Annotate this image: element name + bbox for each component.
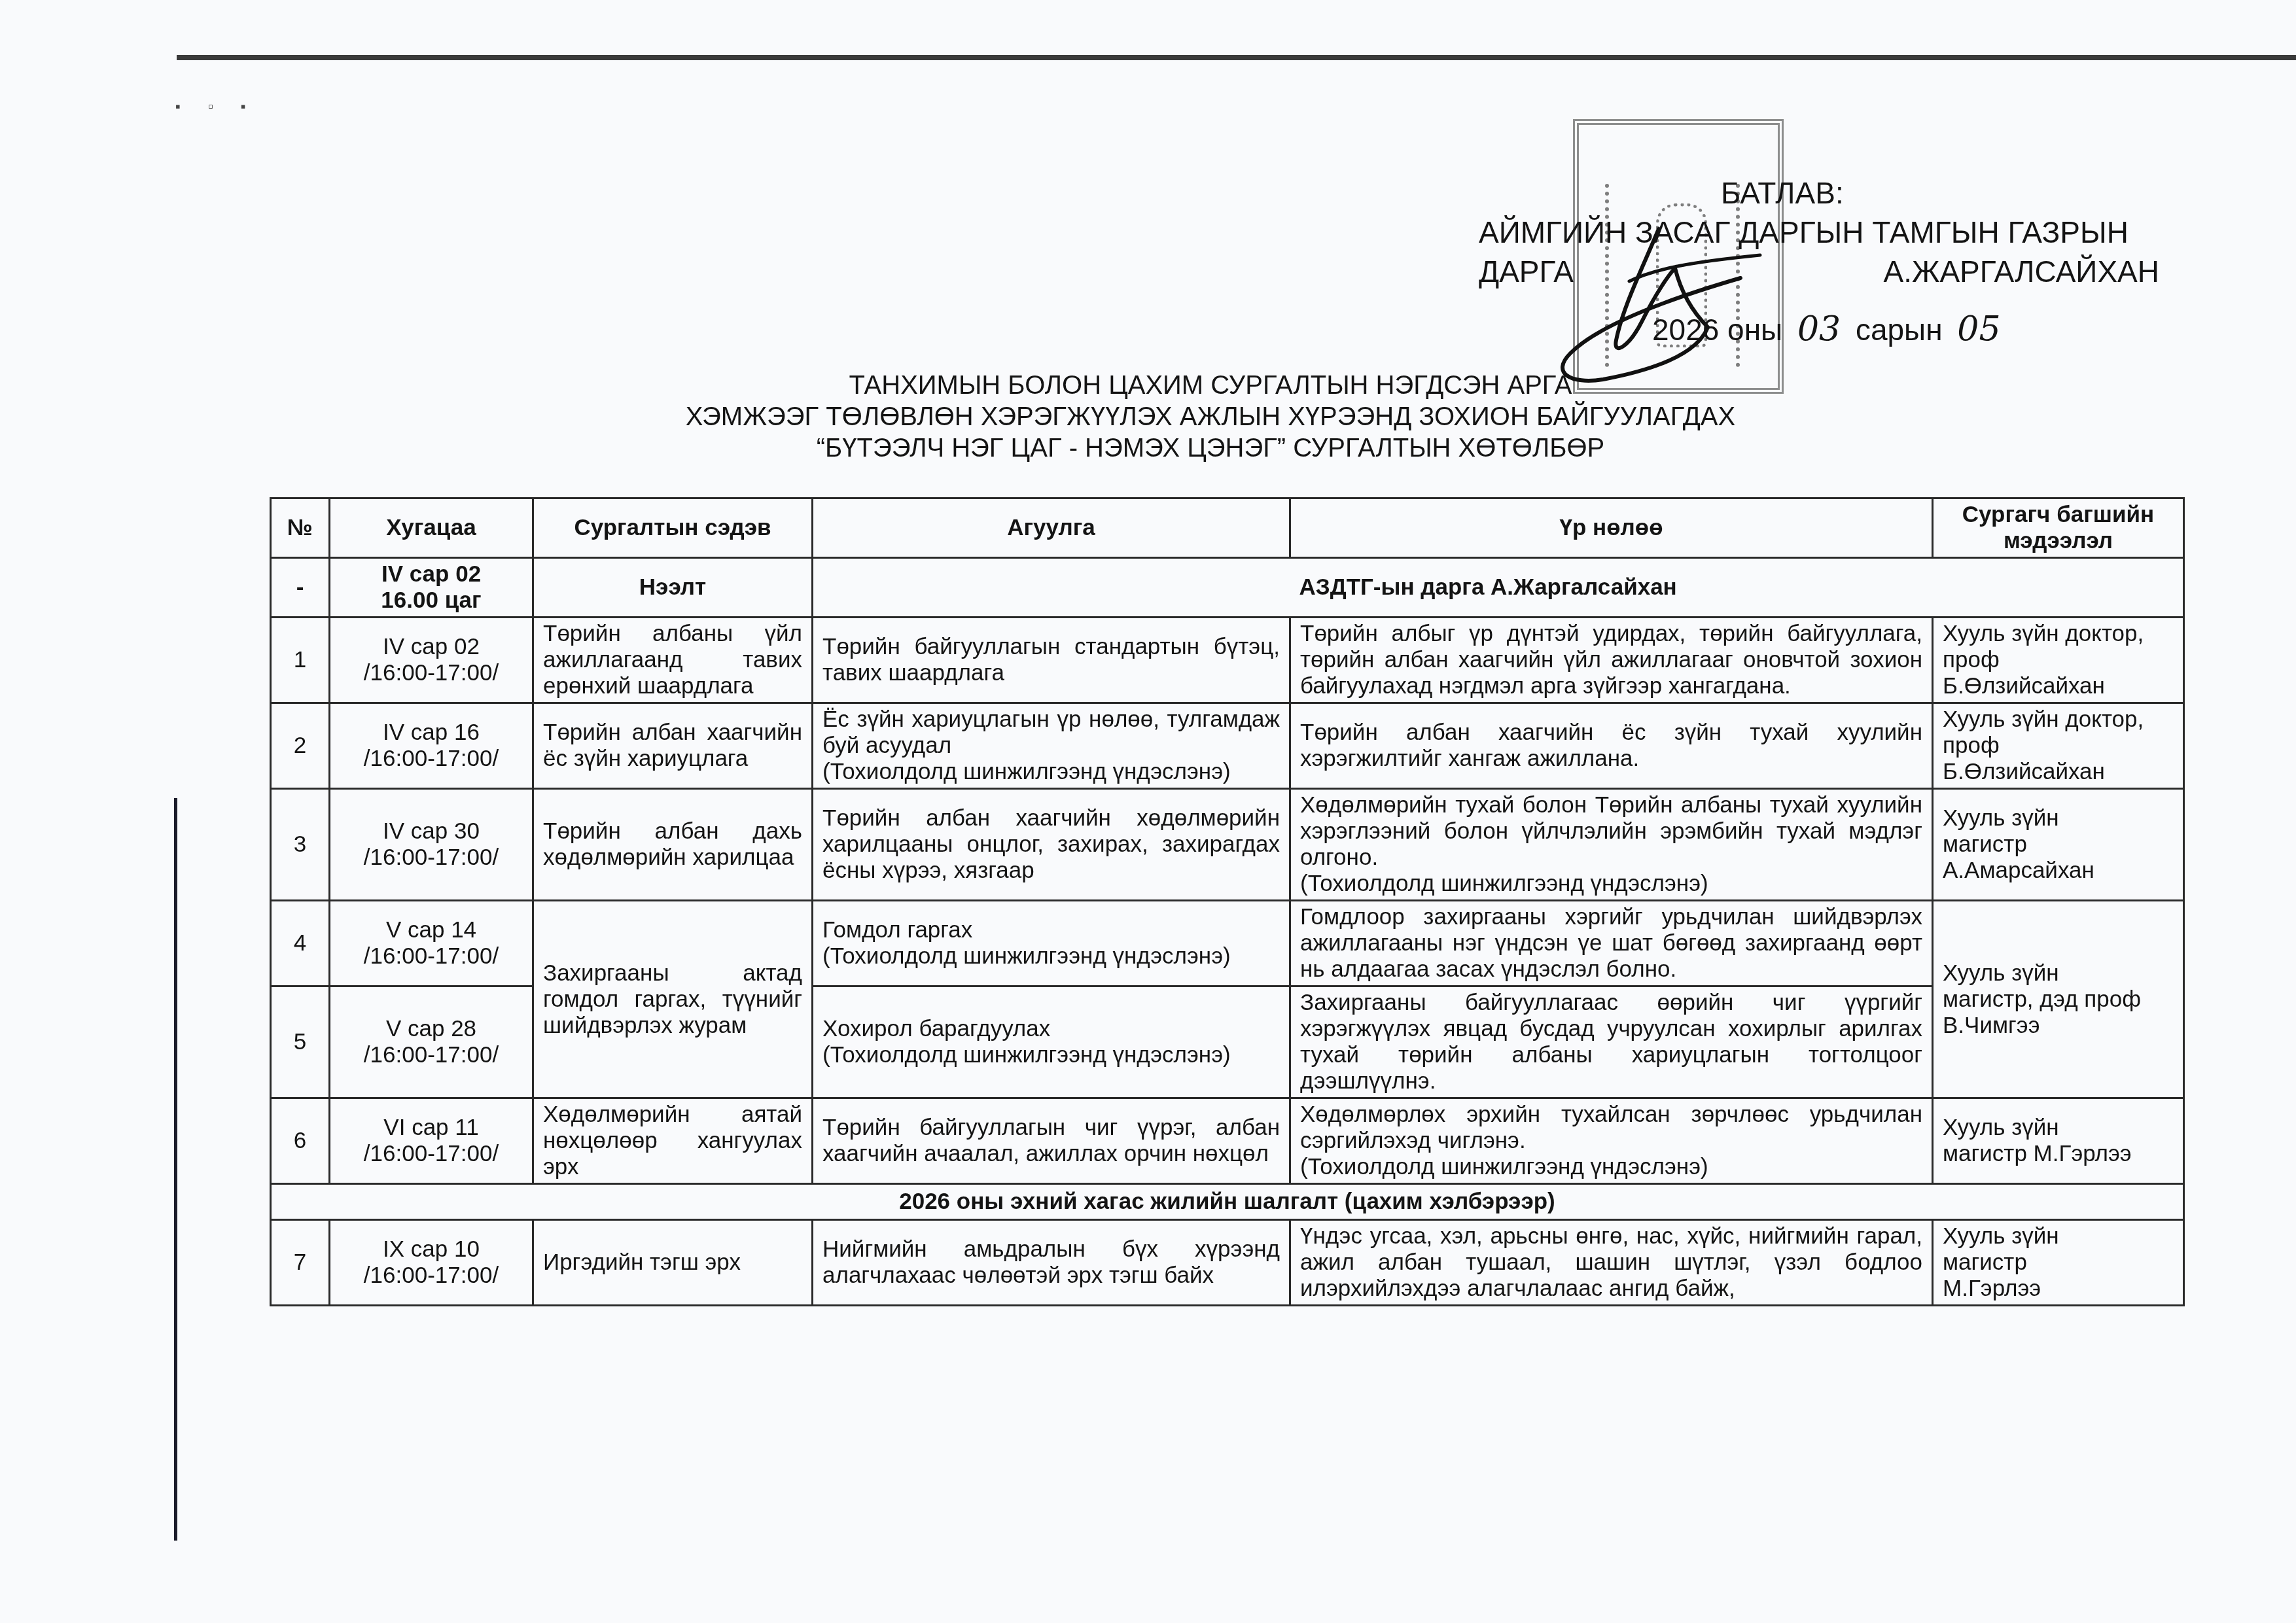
row-content: Ёс зүйн хариуцлагын үр нөлөө, тулгамдаж … xyxy=(813,703,1290,789)
row-instructor-line: проф xyxy=(1943,733,2174,759)
row-outcome: Үндэс угсаа, хэл, арьсны өнгө, нас, хүйс… xyxy=(1290,1220,1933,1306)
row-topic: Захиргааны актад гомдол гаргах, түүнийг … xyxy=(533,901,813,1098)
row-instructor-line: Б.Өлзийсайхан xyxy=(1943,673,2174,699)
approval-date: 2026 оны 03 сарын 05 xyxy=(1479,309,2159,349)
row-outcome-line: Хөдөлмөрлөх эрхийн тухайлсан зөрчлөөс ур… xyxy=(1300,1102,1922,1154)
row-date: VI сар 11 xyxy=(340,1115,523,1141)
row-instructor-line: Хууль зүйн xyxy=(1943,1115,2174,1141)
intro-speaker: АЗДТГ-ын дарга А.Жаргалсайхан xyxy=(1290,558,2184,618)
row-instructor: Хууль зүйнмагистр, дэд профВ.Чимгээ xyxy=(1933,901,2184,1098)
row-content: Төрийн албан хаагчийн хөдөлмөрийн харилц… xyxy=(813,789,1290,901)
row-time: IV сар 02/16:00-17:00/ xyxy=(330,618,533,703)
row-instructor-line: В.Чимгээ xyxy=(1943,1013,2174,1039)
program-table: № Хугацаа Сургалтын сэдэв Агуулга Үр нөл… xyxy=(270,497,2185,1306)
row-time: VI сар 11/16:00-17:00/ xyxy=(330,1098,533,1184)
intro-date: IV сар 02 xyxy=(340,561,523,587)
row-no: 6 xyxy=(271,1098,330,1184)
table-row: 6VI сар 11/16:00-17:00/Хөдөлмөрийн аятай… xyxy=(271,1098,2184,1184)
table-row: 2IV сар 16/16:00-17:00/Төрийн албан хааг… xyxy=(271,703,2184,789)
date-day-handwritten: 05 xyxy=(1957,309,2000,349)
row-hours: /16:00-17:00/ xyxy=(340,1042,523,1068)
row-instructor: Хууль зүйн доктор,профБ.Өлзийсайхан xyxy=(1933,618,2184,703)
row-no: 5 xyxy=(271,986,330,1098)
row-outcome-line: Захиргааны байгууллагаас өөрийн чиг үүрг… xyxy=(1300,990,1922,1094)
title-line-2: ХЭМЖЭЭГ ТӨЛӨВЛӨН ХЭРЭГЖҮҮЛЭХ АЖЛЫН ХҮРЭЭ… xyxy=(589,401,1832,432)
row-content-line: Хохирол барагдуулах xyxy=(822,1016,1280,1042)
approval-name: А.ЖАРГАЛСАЙХАН xyxy=(1883,252,2159,291)
row-instructor-line: проф xyxy=(1943,647,2174,673)
scan-marks: ▪ ▫ ▪ xyxy=(175,98,258,115)
row-instructor-line: А.Амарсайхан xyxy=(1943,858,2174,884)
left-margin-rule xyxy=(174,798,177,1541)
row-topic: Иргэдийн тэгш эрх xyxy=(533,1220,813,1306)
approval-position: ДАРГА xyxy=(1479,252,1574,291)
row-hours: /16:00-17:00/ xyxy=(340,660,523,686)
row-topic: Төрийн албан дахь хөдөлмөрийн харилцаа xyxy=(533,789,813,901)
row-hours: /16:00-17:00/ xyxy=(340,1141,523,1167)
row-outcome-line: Төрийн албыг үр дүнтэй удирдах, төрийн б… xyxy=(1300,621,1922,699)
row-instructor-line: Хууль зүйн xyxy=(1943,805,2174,831)
row-time: IV сар 16/16:00-17:00/ xyxy=(330,703,533,789)
row-outcome: Хөдөлмөрлөх эрхийн тухайлсан зөрчлөөс ур… xyxy=(1290,1098,1933,1184)
header-topic: Сургалтын сэдэв xyxy=(533,498,813,558)
document-title: ТАНХИМЫН БОЛОН ЦАХИМ СУРГАЛТЫН НЭГДСЭН А… xyxy=(589,370,1832,464)
row-outcome: Төрийн албыг үр дүнтэй удирдах, төрийн б… xyxy=(1290,618,1933,703)
title-line-1: ТАНХИМЫН БОЛОН ЦАХИМ СУРГАЛТЫН НЭГДСЭН А… xyxy=(589,370,1832,401)
intro-blank xyxy=(813,558,1290,618)
row-hours: /16:00-17:00/ xyxy=(340,943,523,969)
row-hours: /16:00-17:00/ xyxy=(340,1263,523,1289)
section-label: 2026 оны эхний хагас жилийн шалгалт (цах… xyxy=(271,1184,2184,1220)
row-outcome-line: Гомдлоор захиргааны хэргийг урьдчилан ши… xyxy=(1300,904,1922,983)
row-instructor: Хууль зүйнмагистрА.Амарсайхан xyxy=(1933,789,2184,901)
row-outcome: Хөдөлмөрийн тухай болон Төрийн албаны ту… xyxy=(1290,789,1933,901)
section-row: 2026 оны эхний хагас жилийн шалгалт (цах… xyxy=(271,1184,2184,1220)
intro-hour: 16.00 цаг xyxy=(340,587,523,614)
row-outcome-line: Үндэс угсаа, хэл, арьсны өнгө, нас, хүйс… xyxy=(1300,1223,1922,1302)
row-instructor-line: М.Гэрлээ xyxy=(1943,1276,2174,1302)
date-year: 2026 оны xyxy=(1652,313,1782,347)
row-no: 4 xyxy=(271,901,330,986)
header-outcome: Үр нөлөө xyxy=(1290,498,1933,558)
table-row: 4V сар 14/16:00-17:00/Захиргааны актад г… xyxy=(271,901,2184,986)
approval-label: БАТЛАВ: xyxy=(1479,173,2159,213)
row-date: V сар 28 xyxy=(340,1016,523,1042)
row-date: IV сар 16 xyxy=(340,720,523,746)
row-content-line: Нийгмийн амьдралын бүх хүрээнд алагчлаха… xyxy=(822,1236,1280,1289)
row-instructor-line: Хууль зүйн xyxy=(1943,960,2174,986)
header-content: Агуулга xyxy=(813,498,1290,558)
row-hours: /16:00-17:00/ xyxy=(340,746,523,772)
row-content-line: (Тохиолдолд шинжилгээнд үндэслэнэ) xyxy=(822,943,1280,969)
row-outcome-line: (Тохиолдолд шинжилгээнд үндэслэнэ) xyxy=(1300,871,1922,897)
row-no: 7 xyxy=(271,1220,330,1306)
intro-topic: Нээлт xyxy=(533,558,813,618)
row-time: IX сар 10/16:00-17:00/ xyxy=(330,1220,533,1306)
row-hours: /16:00-17:00/ xyxy=(340,845,523,871)
row-time: V сар 28/16:00-17:00/ xyxy=(330,986,533,1098)
row-content-line: Төрийн байгууллагын стандартын бүтэц, та… xyxy=(822,634,1280,686)
row-content-line: Гомдол гаргах xyxy=(822,917,1280,943)
row-instructor-line: Хууль зүйн доктор, xyxy=(1943,707,2174,733)
row-outcome-line: (Тохиолдолд шинжилгээнд үндэслэнэ) xyxy=(1300,1154,1922,1180)
row-instructor-line: магистр xyxy=(1943,1249,2174,1276)
table-row: 7IX сар 10/16:00-17:00/Иргэдийн тэгш эрх… xyxy=(271,1220,2184,1306)
intro-row: - IV сар 02 16.00 цаг Нээлт АЗДТГ-ын дар… xyxy=(271,558,2184,618)
row-date: IV сар 02 xyxy=(340,634,523,660)
top-border-rule xyxy=(177,55,2296,60)
row-outcome-line: Төрийн албан хаагчийн ёс зүйн тухай хуул… xyxy=(1300,720,1922,772)
row-instructor: Хууль зүйнмагистр М.Гэрлээ xyxy=(1933,1098,2184,1184)
row-outcome-line: Хөдөлмөрийн тухай болон Төрийн албаны ту… xyxy=(1300,792,1922,871)
row-time: V сар 14/16:00-17:00/ xyxy=(330,901,533,986)
table-header-row: № Хугацаа Сургалтын сэдэв Агуулга Үр нөл… xyxy=(271,498,2184,558)
row-time: IV сар 30/16:00-17:00/ xyxy=(330,789,533,901)
header-no: № xyxy=(271,498,330,558)
header-time: Хугацаа xyxy=(330,498,533,558)
table-row: 1IV сар 02/16:00-17:00/Төрийн албаны үйл… xyxy=(271,618,2184,703)
date-month-handwritten: 03 xyxy=(1797,309,1841,349)
row-instructor-line: магистр М.Гэрлээ xyxy=(1943,1141,2174,1167)
row-content: Төрийн байгууллагын чиг үүрэг, албан хаа… xyxy=(813,1098,1290,1184)
intro-time: IV сар 02 16.00 цаг xyxy=(330,558,533,618)
row-content: Хохирол барагдуулах(Тохиолдолд шинжилгээ… xyxy=(813,986,1290,1098)
row-instructor-line: магистр xyxy=(1943,831,2174,858)
row-topic: Хөдөлмөрийн аятай нөхцөлөөр хангуулах эр… xyxy=(533,1098,813,1184)
row-instructor: Хууль зүйн доктор,профБ.Өлзийсайхан xyxy=(1933,703,2184,789)
row-content: Нийгмийн амьдралын бүх хүрээнд алагчлаха… xyxy=(813,1220,1290,1306)
table-row: 3IV сар 30/16:00-17:00/Төрийн албан дахь… xyxy=(271,789,2184,901)
row-no: 1 xyxy=(271,618,330,703)
row-outcome: Төрийн албан хаагчийн ёс зүйн тухай хуул… xyxy=(1290,703,1933,789)
row-content-line: Ёс зүйн хариуцлагын үр нөлөө, тулгамдаж … xyxy=(822,707,1280,759)
row-instructor-line: Хууль зүйн xyxy=(1943,1223,2174,1249)
title-line-3: “БҮТЭЭЛЧ НЭГ ЦАГ - НЭМЭХ ЦЭНЭГ” СУРГАЛТЫ… xyxy=(589,432,1832,464)
row-date: IX сар 10 xyxy=(340,1236,523,1263)
row-content-line: Төрийн байгууллагын чиг үүрэг, албан хаа… xyxy=(822,1115,1280,1167)
approval-block: БАТЛАВ: АЙМГИЙН ЗАСАГ ДАРГЫН ТАМГЫН ГАЗР… xyxy=(1479,173,2159,349)
row-outcome: Гомдлоор захиргааны хэргийг урьдчилан ши… xyxy=(1290,901,1933,986)
intro-no: - xyxy=(271,558,330,618)
row-content-line: (Тохиолдолд шинжилгээнд үндэслэнэ) xyxy=(822,1042,1280,1068)
row-instructor-line: Хууль зүйн доктор, xyxy=(1943,621,2174,647)
row-topic: Төрийн албан хаагчийн ёс зүйн хариуцлага xyxy=(533,703,813,789)
row-content: Төрийн байгууллагын стандартын бүтэц, та… xyxy=(813,618,1290,703)
row-outcome: Захиргааны байгууллагаас өөрийн чиг үүрг… xyxy=(1290,986,1933,1098)
row-content-line: (Тохиолдолд шинжилгээнд үндэслэнэ) xyxy=(822,759,1280,785)
header-instructor: Сургагч багшийн мэдээлэл xyxy=(1933,498,2184,558)
row-instructor-line: Б.Өлзийсайхан xyxy=(1943,759,2174,785)
row-date: IV сар 30 xyxy=(340,818,523,845)
row-no: 2 xyxy=(271,703,330,789)
row-instructor-line: магистр, дэд проф xyxy=(1943,986,2174,1013)
row-topic: Төрийн албаны үйл ажиллагаанд тавих ерөн… xyxy=(533,618,813,703)
row-no: 3 xyxy=(271,789,330,901)
row-content: Гомдол гаргах(Тохиолдолд шинжилгээнд үнд… xyxy=(813,901,1290,986)
row-instructor: Хууль зүйнмагистрМ.Гэрлээ xyxy=(1933,1220,2184,1306)
date-month-label: сарын xyxy=(1856,313,1943,347)
row-content-line: Төрийн албан хаагчийн хөдөлмөрийн харилц… xyxy=(822,805,1280,884)
row-date: V сар 14 xyxy=(340,917,523,943)
approval-org: АЙМГИЙН ЗАСАГ ДАРГЫН ТАМГЫН ГАЗРЫН xyxy=(1479,213,2159,252)
